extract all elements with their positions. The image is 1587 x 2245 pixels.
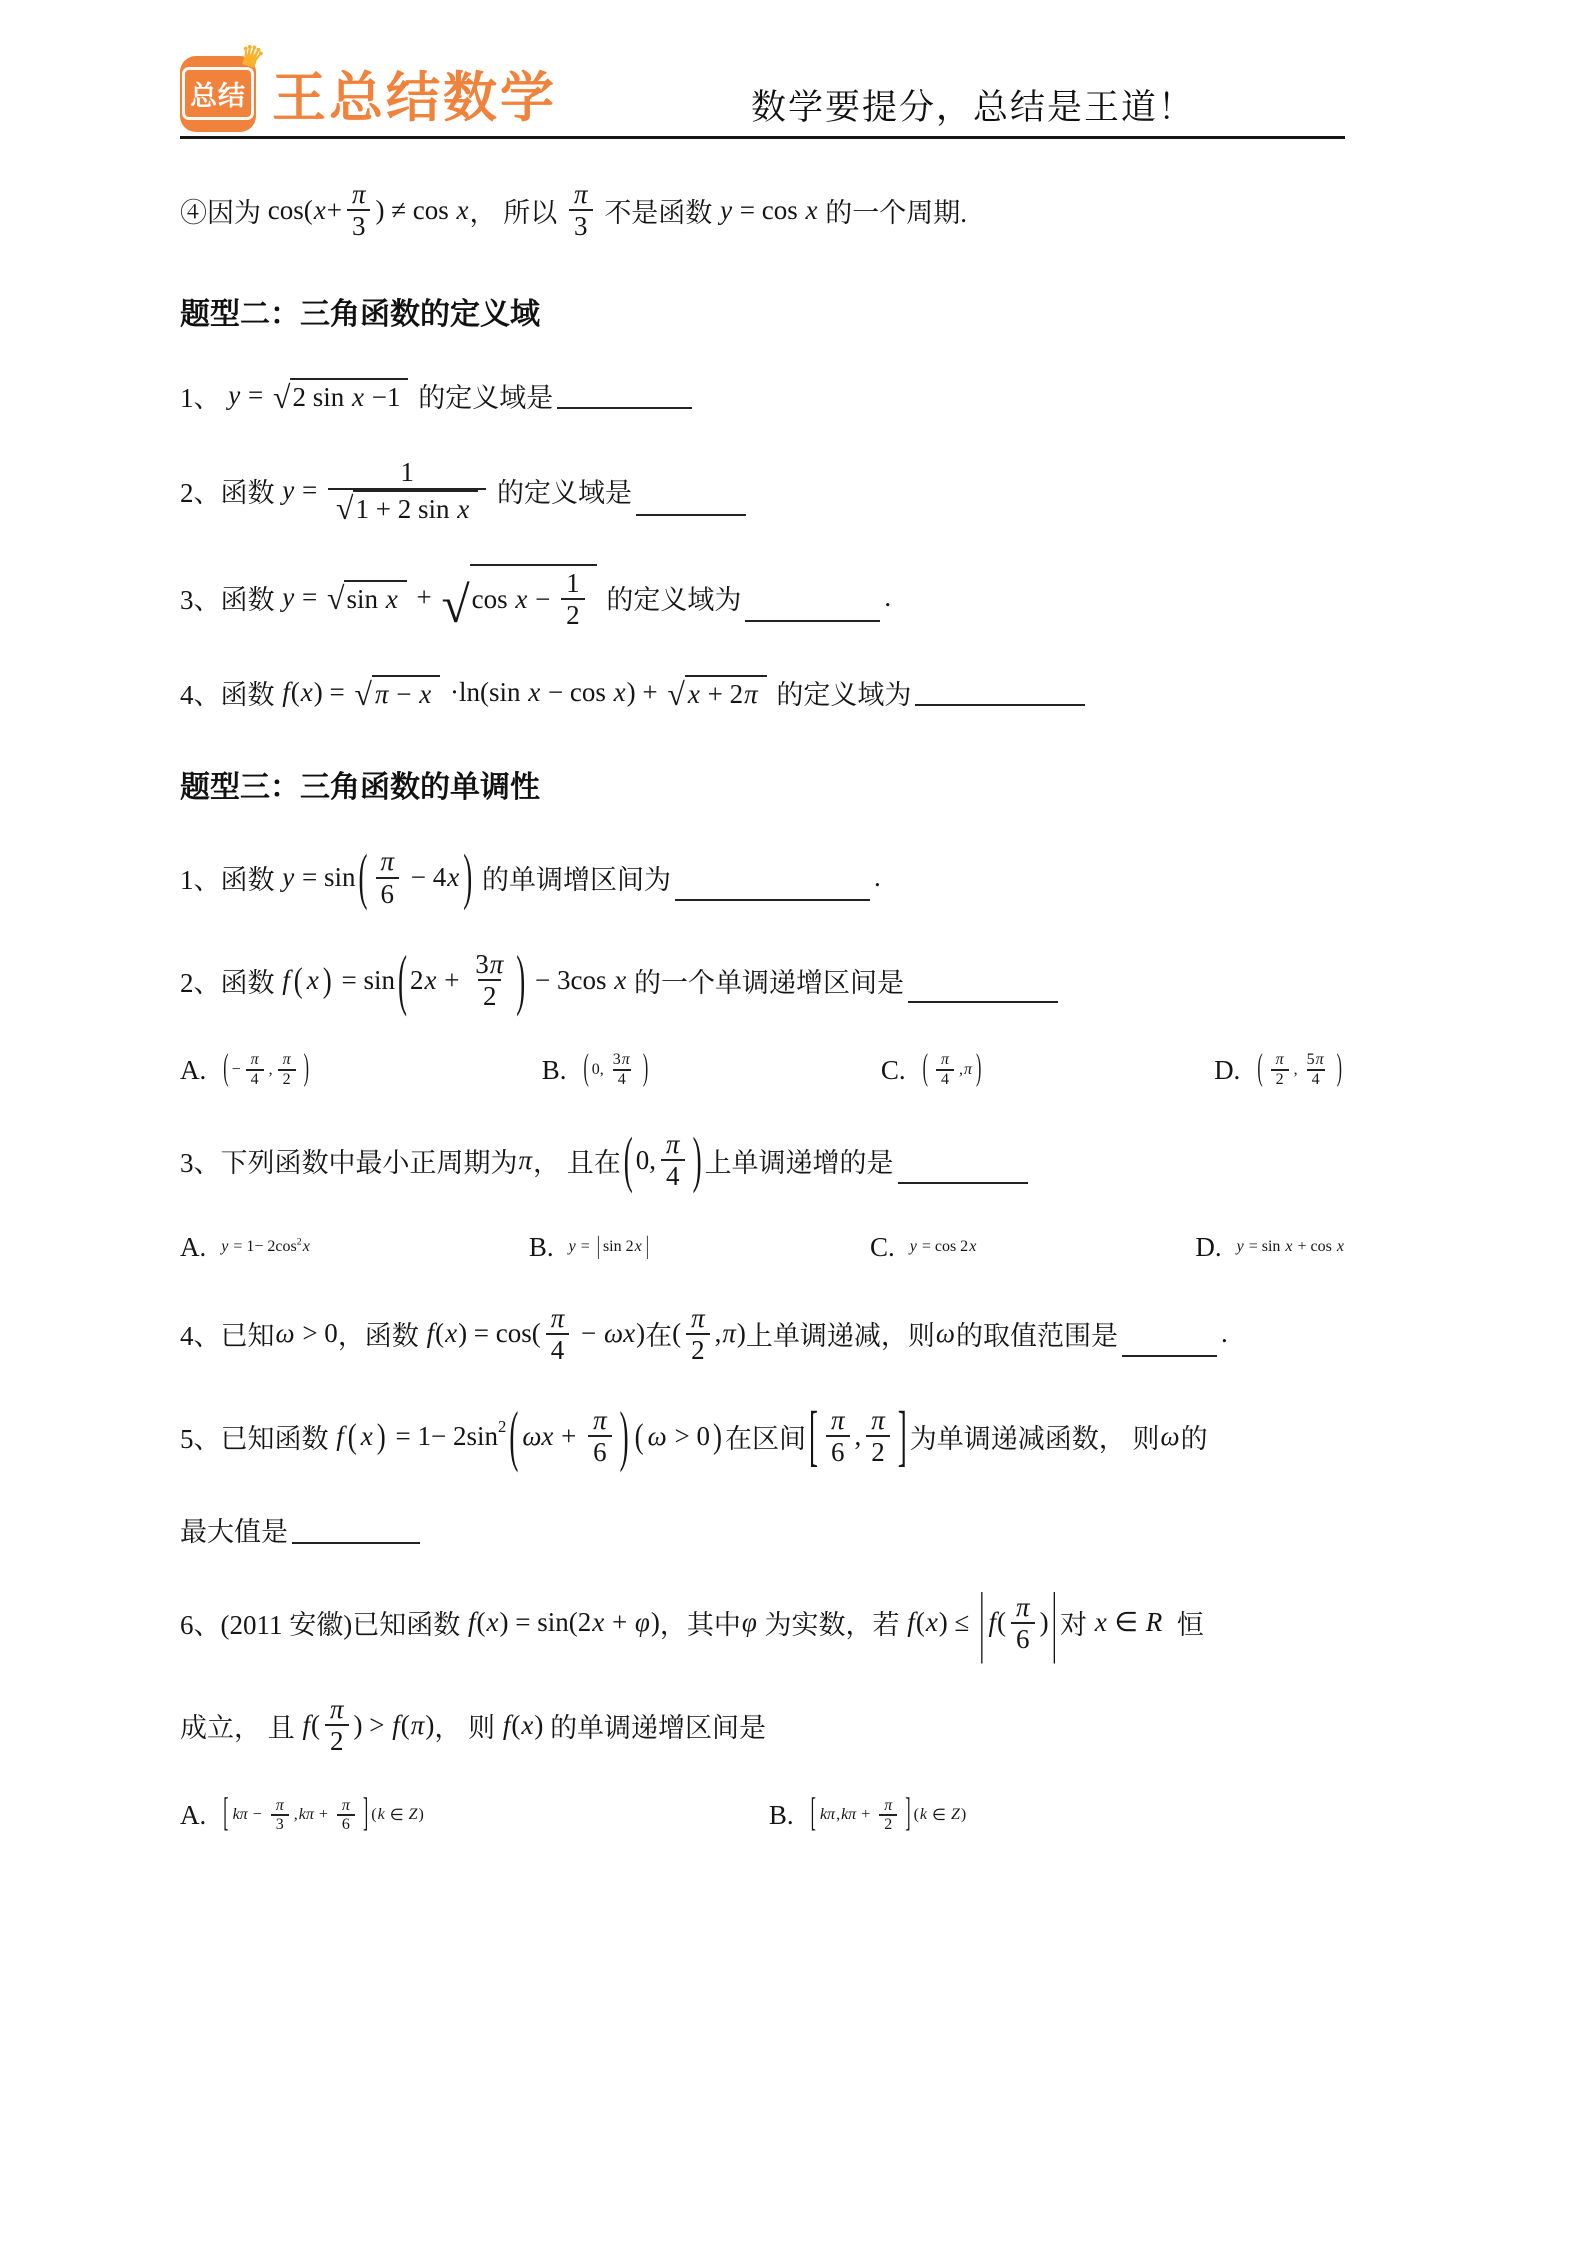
math-variable: f xyxy=(281,965,291,996)
text-run: 的 xyxy=(1181,1417,1208,1456)
math-variable: x xyxy=(527,677,541,708)
math-operator: 3 xyxy=(276,1816,284,1834)
radicand: 2 sin x −1 xyxy=(290,378,408,413)
math-operator: −1 xyxy=(365,382,400,413)
math-variable: π xyxy=(374,679,390,710)
option-label: C. xyxy=(881,1055,906,1086)
worksheet-page: ♛ 总结 王总结数学 数学要提分，总结是王道！ ④因为 cos(x+π3) ≠ … xyxy=(0,0,1587,2245)
math-variable: y xyxy=(281,862,295,893)
math-operator: − 3cos xyxy=(528,965,613,996)
math-variable: x xyxy=(1336,1238,1345,1256)
delimiter: ) xyxy=(620,1398,629,1476)
text-run: 3、函数 xyxy=(180,578,281,617)
denominator: 2 xyxy=(325,1724,349,1756)
math-variable: f xyxy=(988,1607,998,1638)
math-operator: ∈ xyxy=(1108,1607,1145,1638)
section-heading: 题型二：三角函数的定义域 xyxy=(180,289,1457,333)
blank-underline xyxy=(908,973,1058,1003)
fraction: π6 xyxy=(336,1797,356,1835)
math-operator: ∈ xyxy=(386,1805,408,1825)
fraction: π6 xyxy=(587,1405,613,1467)
math-operator: = cos 2 xyxy=(918,1238,968,1256)
slogan-text: 数学要提分，总结是王道！ xyxy=(751,80,1195,132)
option-label: A. xyxy=(180,1055,206,1086)
math-operator: 2 xyxy=(330,1726,344,1756)
denominator: 6 xyxy=(588,1435,612,1467)
math-operator: ) ≤ xyxy=(939,1607,976,1638)
math-variable: k xyxy=(919,1806,928,1824)
math-operator: + xyxy=(857,1806,874,1824)
blank-underline xyxy=(292,1513,420,1543)
math-operator: ) xyxy=(1040,1607,1049,1638)
math-variable: x xyxy=(300,677,314,708)
formula-line: 成立， 且 f(π2) > f(π)， 则 f(x) 的单调递增区间是 xyxy=(180,1694,1457,1756)
logo-badge-text: 总结 xyxy=(182,67,254,120)
math-variable: π xyxy=(592,1405,608,1435)
math-variable: ωx xyxy=(521,1421,554,1452)
text-run: 的一个单调递增区间是 xyxy=(627,961,904,1000)
math-variable: π xyxy=(489,949,505,979)
math-variable: kπ xyxy=(232,1806,249,1824)
math-variable: f xyxy=(467,1607,477,1638)
denominator: 3 xyxy=(347,209,371,241)
math-variable: π xyxy=(621,1051,631,1069)
math-variable: x xyxy=(444,1318,458,1349)
math-variable: x xyxy=(418,679,432,710)
math-variable: π xyxy=(830,1405,846,1435)
radical-sign-icon: √ xyxy=(273,383,291,413)
delimiter: ) xyxy=(463,842,472,913)
math-operator: sin 2 xyxy=(603,1238,634,1256)
math-variable: x xyxy=(302,1238,311,1256)
formula-line: 4、已知ω > 0，函数 f(x) = cos(π4 − ωx)在(π2,π)上… xyxy=(180,1303,1457,1365)
page-header: ♛ 总结 王总结数学 数学要提分，总结是王道！ xyxy=(180,55,1345,139)
text-run: 恒 xyxy=(1163,1603,1204,1642)
text-run: 的单调增区间为 xyxy=(475,858,671,897)
math-variable: x xyxy=(1094,1607,1108,1638)
denominator: 3 xyxy=(271,1814,289,1834)
math-variable: π xyxy=(690,1303,706,1333)
blank-underline xyxy=(557,379,692,409)
math-operator: 2 xyxy=(566,600,580,630)
radicand: 1 + 2 sin x xyxy=(353,490,478,524)
math-variable: φ xyxy=(741,1607,758,1638)
text-run: 的单调递增区间是 xyxy=(543,1706,766,1745)
math-operator: 6 xyxy=(1016,1624,1030,1654)
math-variable: y xyxy=(227,380,241,411)
denominator: 4 xyxy=(246,1069,264,1089)
math-operator: ( xyxy=(477,1607,486,1638)
math-variable: ω xyxy=(647,1421,668,1452)
formula-line: 2、函数 y = 1√1 + 2 sin x 的定义域是 xyxy=(180,457,1457,523)
math-variable: f xyxy=(281,677,291,708)
denominator: 4 xyxy=(546,1333,570,1365)
superscript: 2 xyxy=(297,1236,302,1247)
math-operator: + xyxy=(327,195,342,226)
text-run: 不是函数 xyxy=(598,191,720,230)
math-operator: ) xyxy=(961,1806,966,1824)
text-run: 的定义域是 xyxy=(490,471,632,510)
math-variable: π xyxy=(870,1405,886,1435)
delimiter: ( xyxy=(583,1050,588,1091)
fraction: π2 xyxy=(865,1405,891,1467)
math-operator: 6 xyxy=(831,1437,845,1467)
math-variable: x xyxy=(520,1710,534,1741)
math-operator: 6 xyxy=(381,879,395,909)
text-run: 成立， 且 xyxy=(180,1706,302,1745)
math-variable: π xyxy=(379,846,395,876)
numerator: π xyxy=(825,1405,851,1435)
option-label: A. xyxy=(180,1232,206,1263)
math-operator: ( xyxy=(401,1710,410,1741)
delimiter: | xyxy=(597,1233,600,1262)
delimiter: ( xyxy=(223,1050,228,1091)
denominator: 6 xyxy=(337,1814,355,1834)
numerator: π xyxy=(277,1051,297,1069)
fraction: π2 xyxy=(878,1797,898,1835)
math-variable: π xyxy=(351,179,367,209)
numerator: π xyxy=(935,1051,955,1069)
math-operator: = xyxy=(577,1238,594,1256)
text-run: . xyxy=(874,862,881,893)
numerator: π xyxy=(336,1797,356,1815)
math-variable: x xyxy=(925,1607,939,1638)
math-operator: 0, xyxy=(592,1061,604,1079)
math-operator: ( xyxy=(435,1318,444,1349)
math-variable: f xyxy=(335,1421,345,1452)
options-row: A.y = 1− 2cos2xB.y = |sin 2x|C.y = cos 2… xyxy=(180,1232,1345,1263)
fraction: π2 xyxy=(277,1051,297,1089)
math-operator: 5 xyxy=(1307,1051,1315,1069)
math-variable: y xyxy=(281,475,295,506)
options-row: A.[kπ − π3,kπ + π6](k ∈ Z)B.[kπ,kπ + π2]… xyxy=(180,1797,1345,1835)
math-operator: , xyxy=(715,1318,722,1349)
math-operator: = sin xyxy=(335,965,395,996)
option-item: D.(π2,5π4) xyxy=(1214,1051,1345,1089)
math-operator: + 2 xyxy=(701,679,743,710)
math-operator: = 1− 2cos xyxy=(229,1238,296,1256)
math-variable: x xyxy=(486,1607,500,1638)
text-run: 2、函数 xyxy=(180,471,281,510)
radical-sign-icon: √ xyxy=(354,680,372,710)
math-variable: π xyxy=(550,1303,566,1333)
math-operator: + xyxy=(605,1607,634,1638)
text-run: 为单调递减函数， 则 xyxy=(910,1417,1160,1456)
delimiter: | xyxy=(979,1578,984,1668)
delimiter: ] xyxy=(898,1398,907,1476)
numerator: 1 xyxy=(395,457,419,487)
math-operator: − xyxy=(390,679,419,710)
math-operator: + xyxy=(315,1806,332,1824)
math-variable: x xyxy=(514,584,528,615)
math-operator: , xyxy=(269,1061,273,1079)
option-item: C.y = cos 2x xyxy=(870,1232,977,1263)
option-label: B. xyxy=(542,1055,567,1086)
math-operator: 2 xyxy=(884,1816,892,1834)
sqrt-radical: √sin x xyxy=(327,580,407,615)
delimiter: ) xyxy=(713,1416,722,1456)
math-variable: x xyxy=(456,494,470,524)
math-operator: 4 xyxy=(551,1335,565,1365)
delimiter: ) xyxy=(304,1050,309,1091)
option-item: B.(0,3π4) xyxy=(542,1051,651,1089)
math-operator: = xyxy=(295,582,324,613)
math-operator: sin xyxy=(346,584,384,615)
sqrt-radical: √1 + 2 sin x xyxy=(336,490,478,524)
math-variable: π xyxy=(1315,1051,1325,1069)
sqrt-radical: √2 sin x −1 xyxy=(273,378,408,413)
math-operator: + xyxy=(554,1421,583,1452)
math-variable: y xyxy=(220,1238,229,1256)
math-variable: Z xyxy=(408,1806,419,1824)
option-item: B.[kπ,kπ + π2](k ∈ Z) xyxy=(769,1797,966,1835)
formula-line: 4、函数 f(x) = √π − x ·ln(sin x − cos x) + … xyxy=(180,670,1457,714)
math-variable: x xyxy=(424,965,438,996)
denominator: 2 xyxy=(866,1435,890,1467)
text-run: ④因为 xyxy=(180,191,268,230)
math-variable: kπ xyxy=(840,1806,857,1824)
math-variable: Z xyxy=(950,1806,961,1824)
denominator: 2 xyxy=(478,979,502,1011)
math-operator: ( xyxy=(291,677,300,708)
math-variable: R xyxy=(1145,1607,1164,1638)
blank-underline xyxy=(675,871,870,901)
math-variable: x xyxy=(456,195,470,226)
math-operator: 1 + 2 sin xyxy=(355,494,456,524)
delimiter: ( xyxy=(398,941,407,1019)
numerator: 5π xyxy=(1302,1051,1330,1069)
math-variable: π xyxy=(518,1145,534,1176)
delimiter: ( xyxy=(348,1416,357,1456)
text-run: . xyxy=(1221,1318,1228,1349)
text-run: 的取值范围是 xyxy=(956,1314,1118,1353)
math-variable: x xyxy=(360,1421,374,1452)
math-operator: 2 xyxy=(483,981,497,1011)
formula-line: 6、(2011 安徽)已知函数 f(x) = sin(2x + φ)，其中φ 为… xyxy=(180,1592,1457,1654)
radicand: π − x xyxy=(372,675,440,710)
math-variable: y xyxy=(281,582,295,613)
numerator: π xyxy=(865,1405,891,1435)
text-run: 3、下列函数中最小正周期为 xyxy=(180,1141,518,1180)
math-variable: π xyxy=(883,1797,893,1815)
option-item: B.y = |sin 2x| xyxy=(529,1232,652,1263)
text-run: 1、 xyxy=(180,376,227,415)
math-variable: π xyxy=(721,1318,737,1349)
blank-underline xyxy=(1122,1327,1217,1357)
denominator: 4 xyxy=(661,1159,685,1191)
math-operator: 1 xyxy=(566,568,580,598)
text-run: 的定义域是 xyxy=(411,376,553,415)
text-run: 1、函数 xyxy=(180,858,281,897)
radicand: sin x xyxy=(344,580,406,615)
math-operator: 2 xyxy=(283,1071,291,1089)
math-variable: ω xyxy=(275,1318,296,1349)
math-operator: + xyxy=(410,582,439,613)
math-variable: y xyxy=(1236,1238,1245,1256)
math-operator: > 0 xyxy=(668,1421,710,1452)
delimiter: ( xyxy=(635,1416,644,1456)
fraction: π2 xyxy=(324,1694,350,1756)
option-item: A.(−π4,π2) xyxy=(180,1051,312,1089)
fraction: 1√1 + 2 sin x xyxy=(328,457,486,523)
fraction: π6 xyxy=(825,1405,851,1467)
delimiter: ) xyxy=(377,1416,386,1456)
denominator: 6 xyxy=(1011,1622,1035,1654)
formula-line: 1、函数 y = sin(π6 − 4x) 的单调增区间为. xyxy=(180,846,1457,908)
text-run: 最大值是 xyxy=(180,1510,288,1549)
math-variable: φ xyxy=(634,1607,651,1638)
delimiter: | xyxy=(1052,1578,1057,1668)
math-variable: kπ xyxy=(819,1806,836,1824)
math-variable: x xyxy=(687,679,701,710)
fraction: π6 xyxy=(374,846,400,908)
numerator: π xyxy=(660,1129,686,1159)
delimiter: ) xyxy=(323,960,332,1000)
denominator: 2 xyxy=(278,1069,296,1089)
formula-line: 3、下列函数中最小正周期为π， 且在(0,π4)上单调递增的是 xyxy=(180,1129,1457,1191)
math-operator: ) xyxy=(636,1318,645,1349)
math-variable: π xyxy=(329,1694,345,1724)
text-run: 5、已知函数 xyxy=(180,1417,335,1456)
math-variable: π xyxy=(282,1051,292,1069)
text-run: 上单调递减，则 xyxy=(746,1314,935,1353)
delimiter: ) xyxy=(1337,1050,1342,1091)
delimiter: ( xyxy=(624,1125,633,1196)
text-run: 上单调递增的是 xyxy=(705,1141,894,1180)
math-variable: π xyxy=(341,1797,351,1815)
formula-line: 1、 y = √2 sin x −1 的定义域是 xyxy=(180,373,1457,417)
fraction: π6 xyxy=(1010,1592,1036,1654)
math-variable: x xyxy=(591,1607,605,1638)
option-item: D.y = sin x + cos x xyxy=(1195,1232,1345,1263)
option-label: A. xyxy=(180,1800,206,1831)
math-operator: ) = sin(2 xyxy=(499,1607,591,1638)
delimiter: ) xyxy=(976,1050,981,1091)
math-operator: cos xyxy=(472,584,515,615)
math-operator: 6 xyxy=(593,1437,607,1467)
delimiter: ) xyxy=(516,941,525,1019)
options-row: A.(−π4,π2)B.(0,3π4)C.(π4,π)D.(π2,5π4) xyxy=(180,1051,1345,1089)
math-operator: − xyxy=(232,1061,241,1079)
radical-sign-icon: √ xyxy=(327,584,345,614)
option-item: A.y = 1− 2cos2x xyxy=(180,1232,311,1263)
math-operator: − 4 xyxy=(404,862,446,893)
denominator: √1 + 2 sin x xyxy=(328,488,486,524)
denominator: 3 xyxy=(569,209,593,241)
math-variable: x xyxy=(634,1238,643,1256)
math-variable: x xyxy=(446,862,460,893)
math-variable: ω xyxy=(935,1318,956,1349)
math-variable: ωx xyxy=(603,1318,636,1349)
numerator: π xyxy=(346,179,372,209)
numerator: π xyxy=(245,1051,265,1069)
formula-line: 5、已知函数 f(x) = 1− 2sin2(ωx + π6)(ω > 0)在区… xyxy=(180,1405,1457,1467)
math-variable: k xyxy=(377,1806,386,1824)
radicand: cos x − 12 xyxy=(470,564,597,630)
text-run: ，其中 xyxy=(660,1603,741,1642)
math-variable: x xyxy=(805,195,819,226)
denominator: 4 xyxy=(936,1069,954,1089)
option-item: C.(π4,π) xyxy=(881,1051,984,1089)
math-operator: 2 xyxy=(691,1335,705,1365)
fraction: π2 xyxy=(685,1303,711,1365)
crown-icon: ♛ xyxy=(234,36,268,75)
fraction: π3 xyxy=(346,179,372,241)
math-operator: = sin xyxy=(1245,1238,1285,1256)
denominator: 2 xyxy=(1271,1069,1289,1089)
numerator: π xyxy=(878,1797,898,1815)
math-operator: 4 xyxy=(618,1071,626,1089)
math-variable: y xyxy=(909,1238,918,1256)
math-operator: 4 xyxy=(1312,1071,1320,1089)
text-run: 对 xyxy=(1060,1603,1094,1642)
math-variable: y xyxy=(719,195,733,226)
numerator: 3π xyxy=(470,949,509,979)
fraction: 5π4 xyxy=(1302,1051,1330,1089)
math-variable: x xyxy=(313,195,327,226)
math-variable: π xyxy=(1275,1051,1285,1069)
math-variable: f xyxy=(302,1710,312,1741)
numerator: π xyxy=(374,846,400,876)
math-operator: 2 xyxy=(410,965,424,996)
math-operator: = xyxy=(241,380,270,411)
math-variable: x xyxy=(613,677,627,708)
fraction: π2 xyxy=(1270,1051,1290,1089)
blank-underline xyxy=(745,592,880,622)
delimiter: ( xyxy=(1257,1050,1262,1091)
math-operator: ( xyxy=(672,1318,681,1349)
math-operator: − cos xyxy=(541,677,612,708)
delimiter: [ xyxy=(223,1793,228,1838)
math-operator: + xyxy=(437,965,466,996)
math-operator: = cos xyxy=(733,195,804,226)
math-variable: π xyxy=(940,1051,950,1069)
math-operator: ) ≠ cos xyxy=(375,195,455,226)
text-run: 为实数，若 xyxy=(758,1603,907,1642)
math-operator: ( xyxy=(916,1607,925,1638)
math-variable: f xyxy=(426,1318,436,1349)
text-run: 4、已知 xyxy=(180,1314,275,1353)
numerator: π xyxy=(685,1303,711,1333)
superscript: 2 xyxy=(498,1417,506,1437)
formula-line: ④因为 cos(x+π3) ≠ cos x， 所以 π3 不是函数 y = co… xyxy=(180,179,1457,241)
math-operator: ) > xyxy=(354,1710,392,1741)
math-variable: f xyxy=(502,1710,512,1741)
option-label: D. xyxy=(1195,1232,1221,1263)
delimiter: | xyxy=(646,1233,649,1262)
math-operator: 3 xyxy=(352,211,366,241)
math-variable: x xyxy=(351,382,365,413)
math-operator: 4 xyxy=(666,1161,680,1191)
fraction: 12 xyxy=(561,568,585,630)
math-operator: ) xyxy=(737,1318,746,1349)
math-operator: − xyxy=(574,1318,603,1349)
math-variable: x xyxy=(385,584,399,615)
delimiter: ] xyxy=(363,1793,368,1838)
math-operator: ) xyxy=(534,1710,543,1741)
delimiter: ) xyxy=(693,1125,702,1196)
text-run: ， 则 xyxy=(434,1706,502,1745)
math-operator: 2 xyxy=(871,1437,885,1467)
delimiter: ) xyxy=(643,1050,648,1091)
delimiter: ( xyxy=(358,842,367,913)
math-operator: > 0 xyxy=(296,1318,338,1349)
radical-sign-icon: √ xyxy=(667,680,685,710)
formula-line: 2、函数 f(x) = sin(2x + 3π2) − 3cos x 的一个单调… xyxy=(180,949,1457,1011)
radical-sign-icon: √ xyxy=(336,494,354,524)
delimiter: ] xyxy=(905,1793,910,1838)
denominator: 4 xyxy=(613,1069,631,1089)
